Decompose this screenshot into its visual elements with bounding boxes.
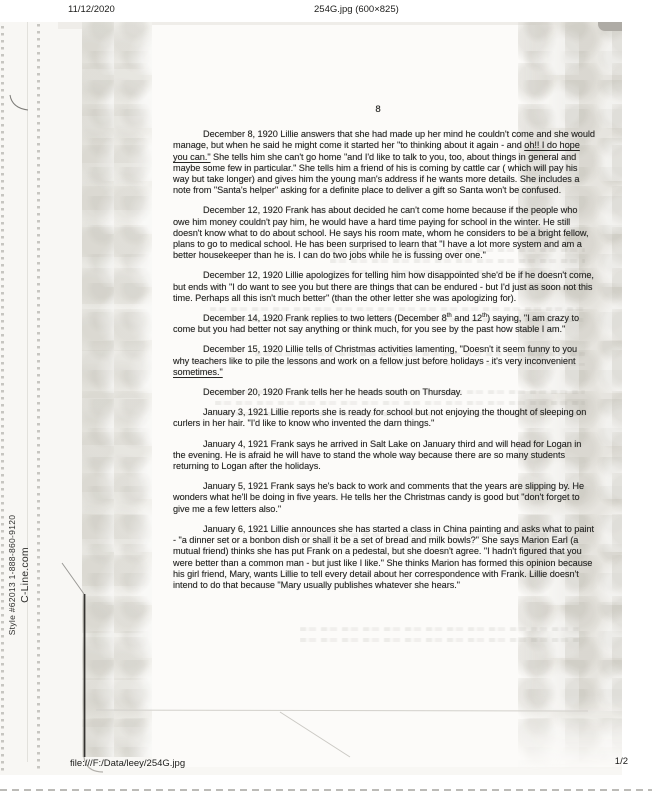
print-header-date: 11/12/2020: [68, 4, 115, 15]
scan-corner-shadow: [598, 22, 622, 31]
print-footer-page-indicator: 1/2: [615, 756, 628, 767]
paragraph: December 8, 1920 Lillie answers that she…: [173, 129, 595, 196]
print-preview-page: { "header": { "date": "11/12/2020", "tit…: [0, 0, 652, 800]
document-page-number: 8: [161, 104, 595, 115]
protector-edge-shadow: [82, 22, 114, 757]
paragraph: December 20, 1920 Frank tells her he hea…: [173, 387, 595, 398]
paragraph: December 12, 1920 Lillie apologizes for …: [173, 270, 595, 304]
protector-style-number: Style #62013 1-888-860-9120: [6, 470, 19, 680]
paragraph: January 6, 1921 Lillie announces she has…: [173, 524, 595, 591]
print-header-title: 254G.jpg (600×825): [314, 4, 399, 15]
protector-edge-light: [114, 22, 152, 757]
paragraph: December 15, 1920 Lillie tells of Christ…: [173, 344, 595, 378]
paragraph: December 12, 1920 Frank has about decide…: [173, 205, 595, 261]
binding-perforation-mid: [37, 24, 40, 772]
scanned-image: Style #62013 1-888-860-9120 C-Line.com 8…: [0, 22, 622, 775]
protector-brand: C-Line.com: [19, 470, 32, 680]
paragraph: January 5, 1921 Frank says he's back to …: [173, 481, 595, 515]
document-text: 8 December 8, 1920 Lillie answers that s…: [173, 104, 595, 600]
document-paragraphs: December 8, 1920 Lillie answers that she…: [173, 129, 595, 591]
sheet-protector-label: Style #62013 1-888-860-9120 C-Line.com: [6, 470, 32, 680]
binding-perforation-left: [1, 26, 4, 774]
paragraph: January 3, 1921 Lillie reports she is re…: [173, 407, 595, 429]
bleedthrough-text: [300, 627, 580, 643]
print-footer-url: file:///F:/Data/leey/254G.jpg: [70, 758, 185, 769]
paragraph: December 14, 1920 Frank replies to two l…: [173, 313, 595, 335]
paragraph: January 4, 1921 Frank says he arrived in…: [173, 439, 595, 473]
page-break-dashed-line: [0, 789, 652, 791]
